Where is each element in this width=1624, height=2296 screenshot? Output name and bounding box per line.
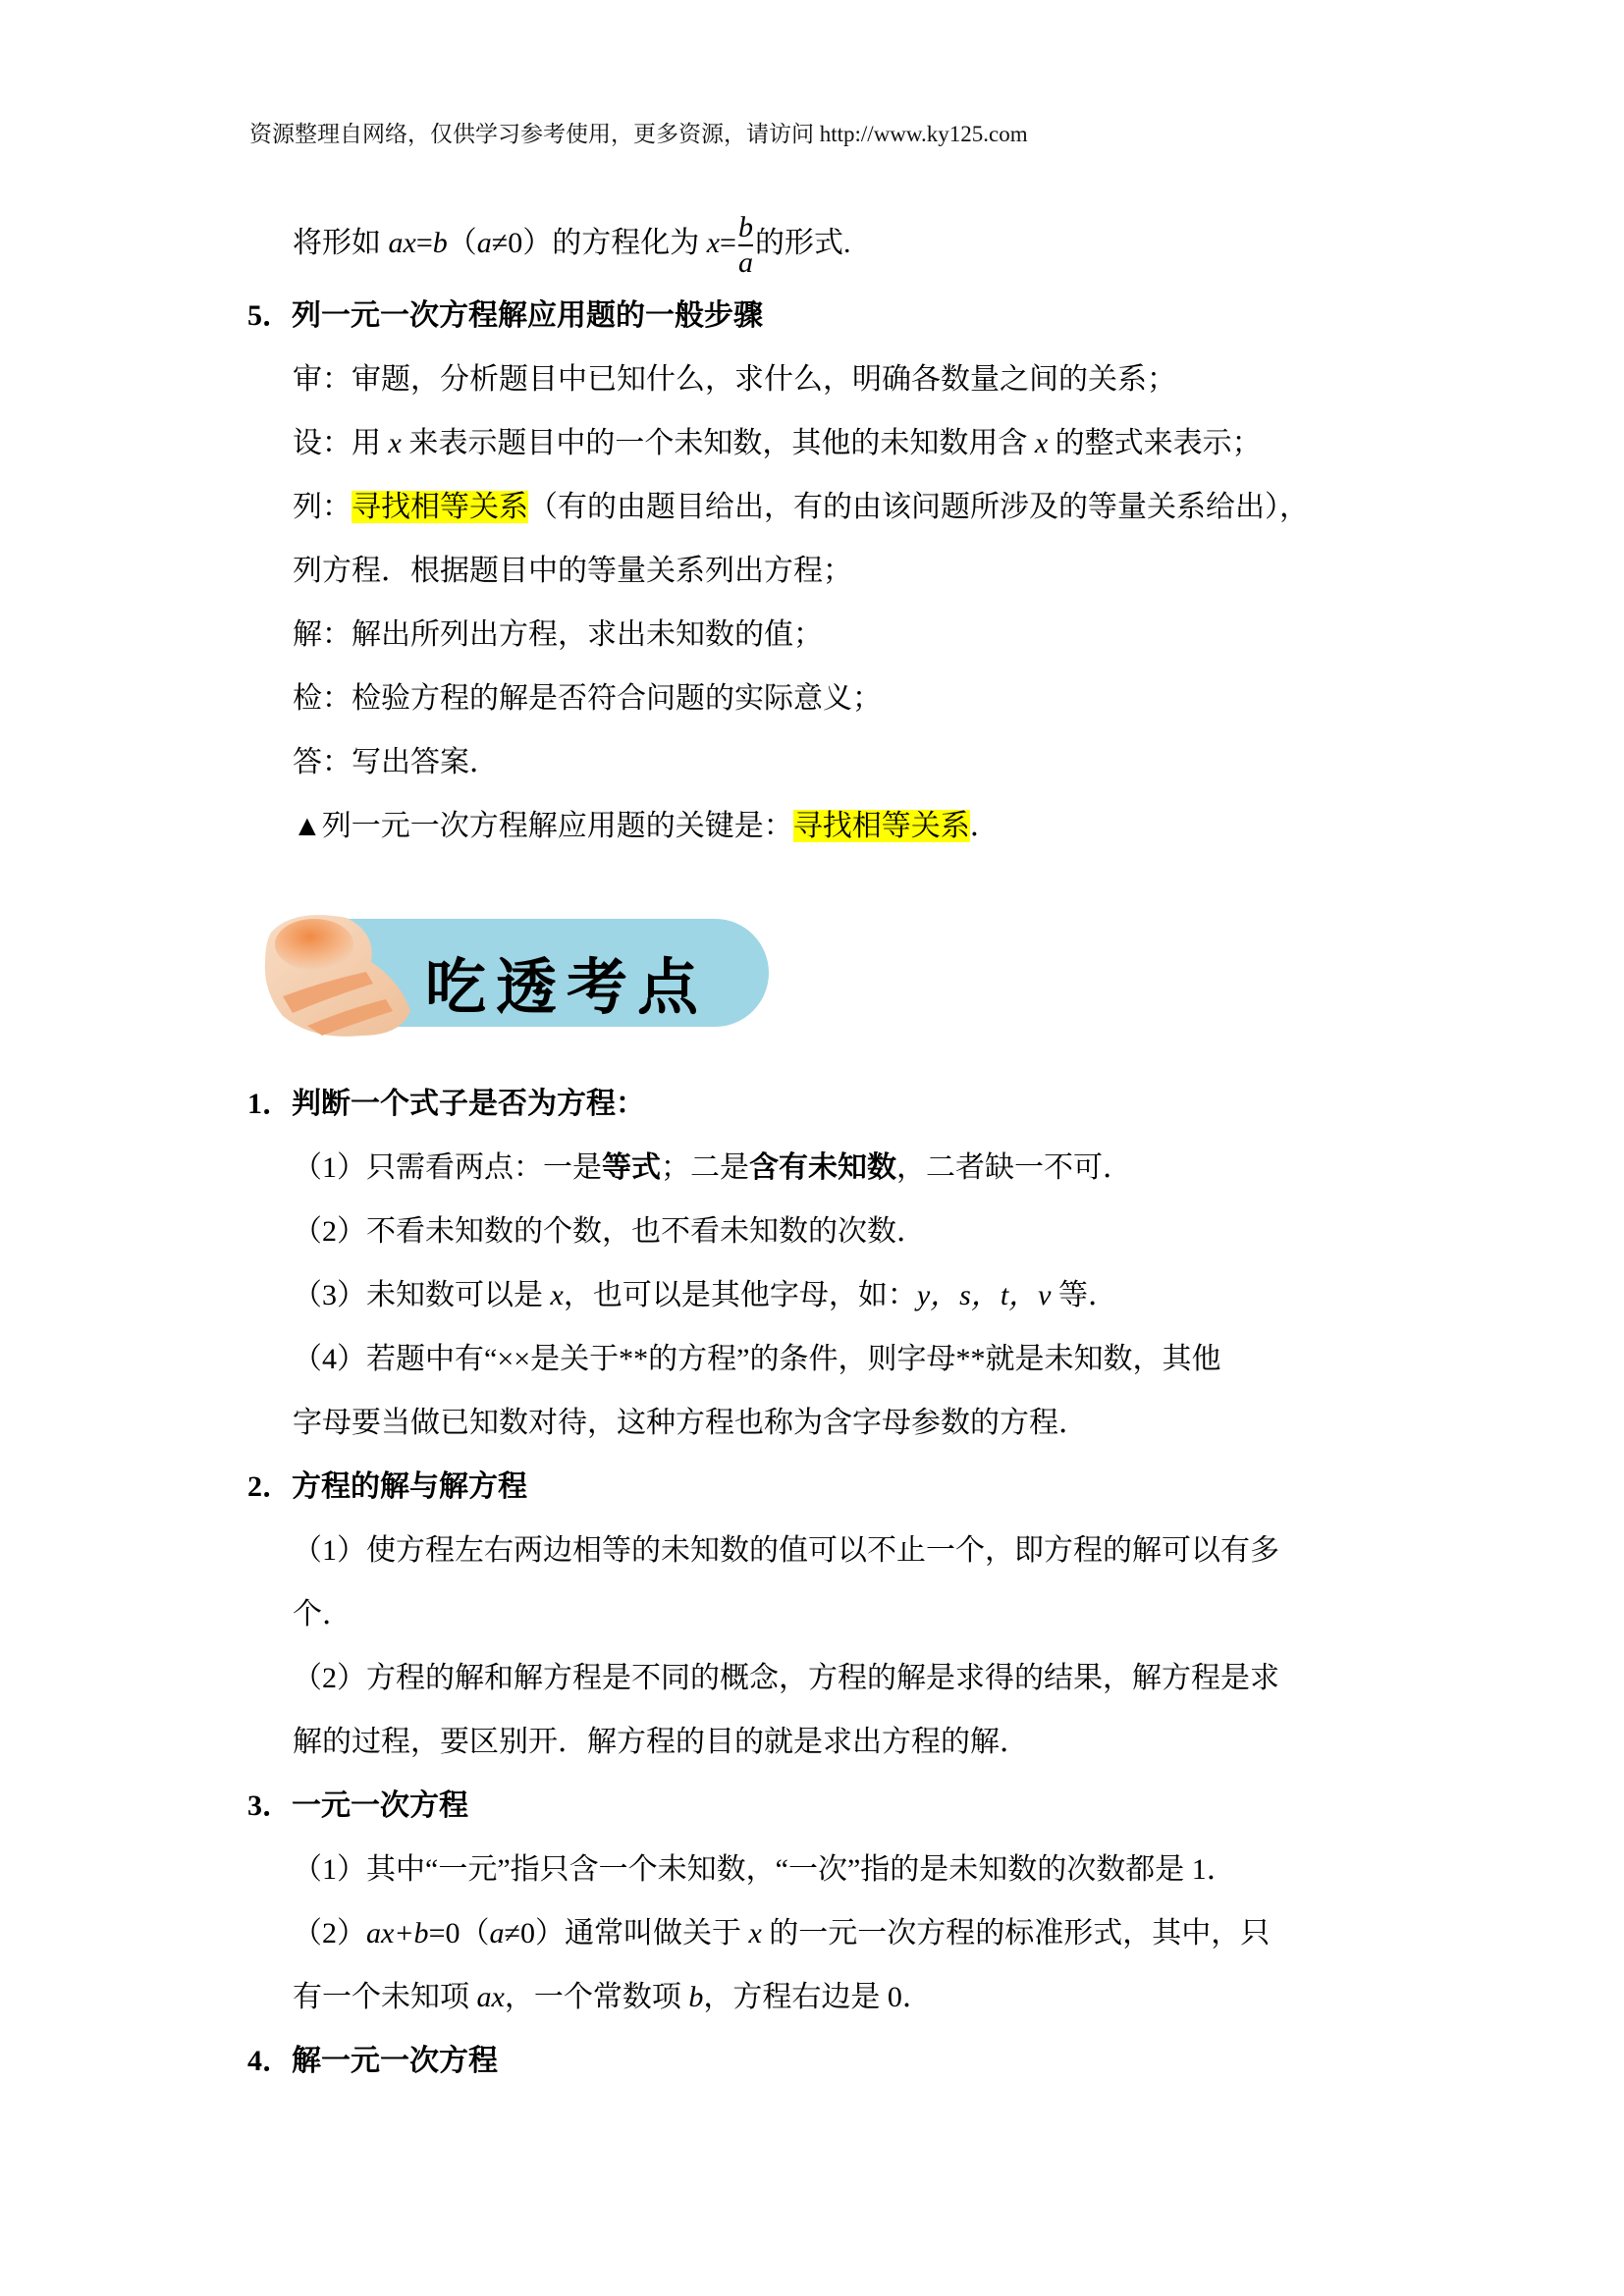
bold-text: 含有未知数 — [749, 1151, 896, 1184]
point-3-heading: 3．一元一次方程 — [247, 1787, 468, 1826]
text: ，二者缺一不可． — [896, 1151, 1132, 1184]
fraction: ba — [738, 211, 753, 280]
step-jian: 检：检验方程的解是否符合问题的实际意义； — [293, 679, 882, 719]
section-title: 方程的解与解方程 — [292, 1470, 527, 1503]
key-point: ▲列一元一次方程解应用题的关键是：寻找相等关系． — [293, 807, 1000, 846]
highlighted-text: 寻找相等关系 — [793, 810, 970, 842]
text: ，也可以是其他字母，如： — [564, 1279, 917, 1311]
bold-text: 等式 — [602, 1151, 661, 1184]
text: 设：用 — [293, 427, 389, 459]
section-title: 列一元一次方程解应用题的一般步骤 — [292, 299, 763, 332]
point-3-item-2-line2: 有一个未知项 ax，一个常数项 b，方程右边是 0． — [293, 1978, 932, 2017]
step-she: 设：用 x 来表示题目中的一个未知数，其他的未知数用含 x 的整式来表示； — [293, 424, 1262, 463]
text: （有的由题目给出，有的由该问题所涉及的等量关系给出）， — [528, 491, 1309, 523]
text: 列： — [293, 491, 352, 523]
math-var: ax — [477, 1981, 505, 2013]
section-title: 解一元一次方程 — [292, 2045, 498, 2077]
math-var: a — [489, 1917, 504, 1949]
text: =0（ — [429, 1917, 490, 1949]
math-var: x — [748, 1917, 761, 1949]
text: 等． — [1051, 1279, 1117, 1311]
section-number: 3． — [247, 1789, 292, 1822]
text: 将形如 — [293, 227, 389, 259]
step-jie: 解：解出所列出方程，求出未知数的值； — [293, 615, 823, 655]
text: （ — [448, 227, 477, 259]
text: 的方程化为 — [552, 227, 707, 259]
fraction-denominator: a — [738, 244, 753, 280]
math-var: x — [389, 427, 402, 459]
text: ． — [970, 810, 1000, 842]
section-5-heading: 5．列一元一次方程解应用题的一般步骤 — [247, 296, 763, 336]
math-var: b — [688, 1981, 703, 2013]
math-var: b — [433, 227, 448, 259]
math-var: x — [1035, 427, 1048, 459]
point-1-item-4-line2: 字母要当做已知数对待，这种方程也称为含字母参数的方程． — [293, 1404, 1088, 1443]
point-3-item-2: （2）ax+b=0（a≠0）通常叫做关于 x 的一元一次方程的标准形式，其中，只 — [293, 1914, 1270, 1953]
section-title: 判断一个式子是否为方程： — [292, 1088, 645, 1120]
text: = — [720, 227, 736, 259]
point-2-item-2-line2: 解的过程，要区别开．解方程的目的就是求出方程的解． — [293, 1723, 1029, 1762]
text: （2） — [293, 1917, 366, 1949]
point-3-item-1: （1）其中“一元”指只含一个未知数，“一次”指的是未知数的次数都是 1． — [293, 1850, 1236, 1890]
step-lie: 列：寻找相等关系（有的由题目给出，有的由该问题所涉及的等量关系给出）， — [293, 488, 1309, 527]
text: （1）只需看两点：一是 — [293, 1151, 602, 1184]
step-da: 答：写出答案． — [293, 743, 499, 782]
section-number: 1． — [247, 1088, 292, 1120]
point-2-item-1: （1）使方程左右两边相等的未知数的值可以不止一个，即方程的解可以有多 — [293, 1531, 1279, 1571]
highlighted-text: 寻找相等关系 — [352, 491, 528, 523]
text: 来表示题目中的一个未知数，其他的未知数用含 — [402, 427, 1035, 459]
text: ≠0）通常叫做关于 — [504, 1917, 748, 1949]
text: ，一个常数项 — [505, 1981, 689, 2013]
section-number: 5． — [247, 299, 292, 332]
section-number: 2． — [247, 1470, 292, 1503]
point-1-item-2: （2）不看未知数的个数，也不看未知数的次数． — [293, 1212, 926, 1252]
conch-shell-icon — [253, 903, 420, 1050]
fraction-numerator: b — [738, 211, 753, 244]
text: 的形式. — [755, 227, 851, 259]
text: ，方程右边是 0． — [703, 1981, 932, 2013]
math-var: x — [551, 1279, 564, 1311]
step-lie-line2: 列方程．根据题目中的等量关系列出方程； — [293, 552, 852, 591]
intro-line: 将形如 ax=b（a≠0）的方程化为 x=ba的形式. — [293, 211, 850, 280]
math-var: ax — [389, 227, 416, 259]
text: ≠0） — [492, 227, 552, 259]
point-1-heading: 1．判断一个式子是否为方程： — [247, 1085, 645, 1124]
text: 的一元一次方程的标准形式，其中，只 — [762, 1917, 1271, 1949]
text: 有一个未知项 — [293, 1981, 477, 2013]
point-4-heading: 4．解一元一次方程 — [247, 2042, 498, 2081]
section-banner: 吃透考点 — [253, 903, 784, 1050]
banner-title: 吃透考点 — [425, 938, 708, 1026]
step-shen: 审：审题，分析题目中已知什么，求什么，明确各数量之间的关系； — [293, 360, 1176, 400]
text: = — [416, 227, 433, 259]
math-expr: ax+b — [366, 1917, 429, 1949]
math-var: a — [477, 227, 492, 259]
text: 的整式来表示； — [1048, 427, 1262, 459]
point-2-heading: 2．方程的解与解方程 — [247, 1468, 527, 1507]
point-1-item-1: （1）只需看两点：一是等式；二是含有未知数，二者缺一不可． — [293, 1148, 1132, 1188]
math-var: x — [707, 227, 720, 259]
point-2-item-1-line2: 个． — [293, 1595, 352, 1634]
text: ▲列一元一次方程解应用题的关键是： — [293, 810, 793, 842]
point-1-item-4: （4）若题中有“××是关于**的方程”的条件，则字母**就是未知数，其他 — [293, 1340, 1220, 1379]
text: （3）未知数可以是 — [293, 1279, 551, 1311]
section-number: 4． — [247, 2045, 292, 2077]
point-1-item-3: （3）未知数可以是 x，也可以是其他字母，如：y，s，t，v 等． — [293, 1276, 1117, 1315]
source-header: 资源整理自网络，仅供学习参考使用，更多资源，请访问 http://www.ky1… — [249, 120, 1028, 149]
section-title: 一元一次方程 — [292, 1789, 468, 1822]
point-2-item-2: （2）方程的解和解方程是不同的概念，方程的解是求得的结果，解方程是求 — [293, 1659, 1279, 1698]
math-vars: y，s，t，v — [917, 1279, 1052, 1311]
text: ；二是 — [661, 1151, 749, 1184]
